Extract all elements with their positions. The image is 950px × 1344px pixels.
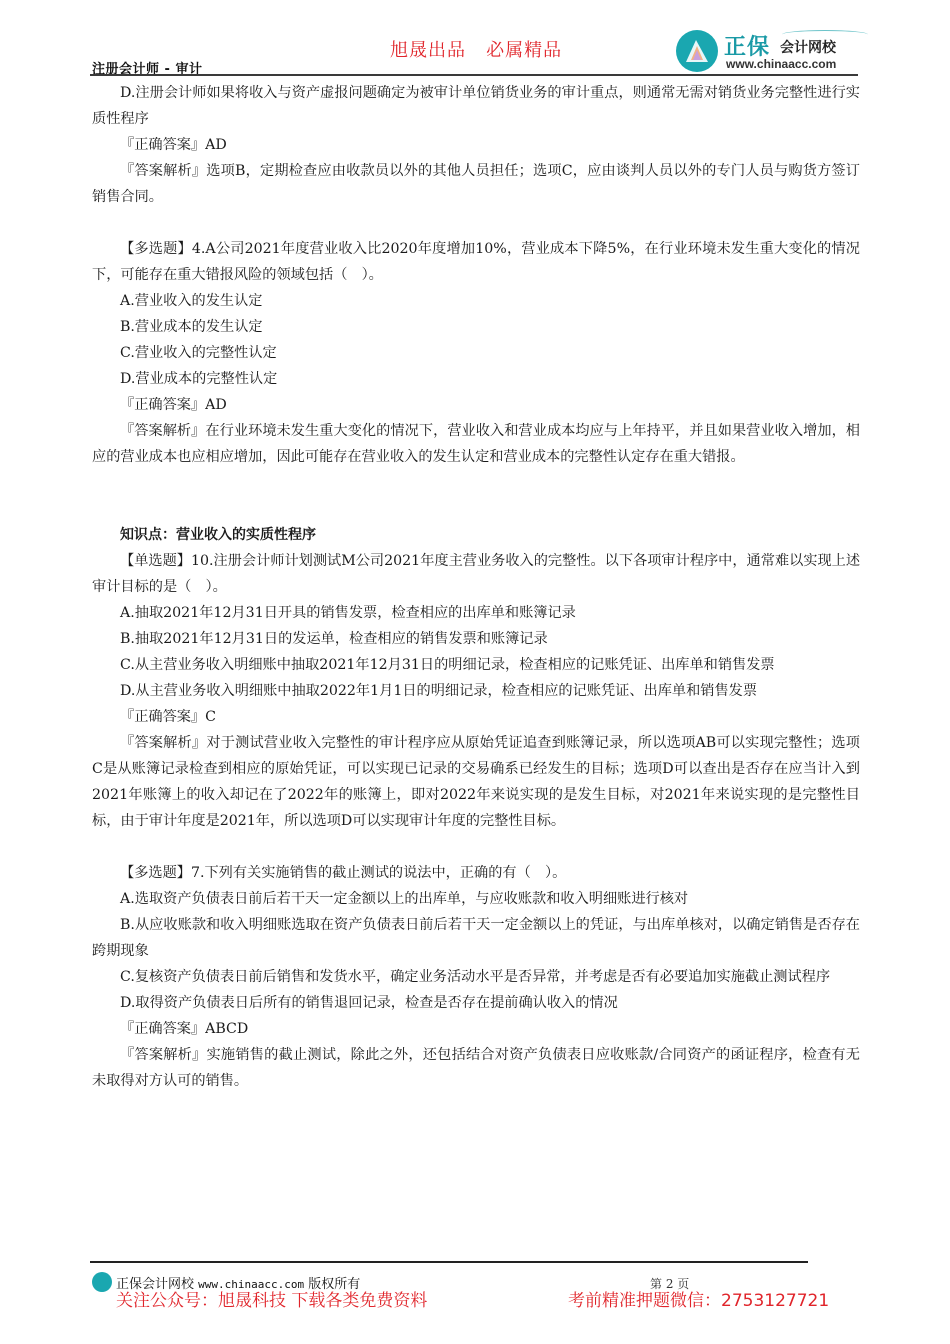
paragraph: A.营业收入的发生认定 (92, 288, 860, 314)
spacer (92, 470, 860, 522)
footer-promo-right: 考前精准押题微信：2753127721 (568, 1286, 829, 1311)
paragraph: 【多选题】7.下列有关实施销售的截止测试的说法中，正确的有（ ）。 (92, 860, 860, 886)
paragraph: 【多选题】4.A公司2021年度营业收入比2020年度增加10%，营业成本下降5… (92, 236, 860, 288)
paragraph: 【单选题】10.注册会计师计划测试M公司2021年度主营业务收入的完整性。以下各… (92, 548, 860, 600)
paragraph: D.营业成本的完整性认定 (92, 366, 860, 392)
paragraph: D.注册会计师如果将收入与资产虚报问题确定为被审计单位销货业务的审计重点，则通常… (92, 80, 860, 132)
paragraph: D.从主营业务收入明细账中抽取2022年1月1日的明细记录，检查相应的记账凭证、… (92, 678, 860, 704)
paragraph: 『答案解析』实施销售的截止测试，除此之外，还包括结合对资产负债表日应收账款/合同… (92, 1042, 860, 1094)
document-body: D.注册会计师如果将收入与资产虚报问题确定为被审计单位销货业务的审计重点，则通常… (92, 80, 860, 1094)
paragraph: 『答案解析』对于测试营业收入完整性的审计程序应从原始凭证追查到账簿记录，所以选项… (92, 730, 860, 834)
paragraph: A.抽取2021年12月31日开具的销售发票，检查相应的出库单和账簿记录 (92, 600, 860, 626)
paragraph: B.从应收账款和收入明细账选取在资产负债表日前后若干天一定金额以上的凭证，与出库… (92, 912, 860, 964)
chinaacc-logo: 正保 会计网校 www.chinaacc.com (676, 28, 876, 74)
paragraph: 『正确答案』ABCD (92, 1016, 860, 1042)
paragraph: A.选取资产负债表日前后若干天一定金额以上的出库单，与应收账款和收入明细账进行核… (92, 886, 860, 912)
header-divider (90, 74, 858, 76)
header-promo-text: 旭晟出品 必属精品 (390, 36, 562, 62)
paragraph: 『答案解析』选项B，定期检查应由收款员以外的其他人员担任；选项C，应由谈判人员以… (92, 158, 860, 210)
footer-divider (90, 1261, 808, 1263)
chinaacc-logo-icon (676, 30, 718, 72)
knowledge-point-heading: 知识点：营业收入的实质性程序 (92, 522, 860, 548)
paragraph: 『正确答案』AD (92, 132, 860, 158)
paragraph: D.取得资产负债表日后所有的销售退回记录，检查是否存在提前确认收入的情况 (92, 990, 860, 1016)
footer-promo-left: 关注公众号：旭晟科技 下载各类免费资料 (116, 1286, 427, 1311)
paragraph: C.从主营业务收入明细账中抽取2021年12月31日的明细记录，检查相应的记账凭… (92, 652, 860, 678)
paragraph: 『正确答案』C (92, 704, 860, 730)
spacer (92, 834, 860, 860)
paragraph: C.营业收入的完整性认定 (92, 340, 860, 366)
chinaacc-footer-logo-icon (92, 1272, 112, 1292)
paragraph: 『答案解析』在行业环境未发生重大变化的情况下，营业收入和营业成本均应与上年持平，… (92, 418, 860, 470)
logo-subtitle: 会计网校 (780, 37, 836, 57)
logo-url: www.chinaacc.com (726, 57, 836, 71)
paragraph: C.复核资产负债表日前后销售和发货水平，确定业务活动水平是否异常，并考虑是否有必… (92, 964, 860, 990)
paragraph: 『正确答案』AD (92, 392, 860, 418)
paragraph: B.抽取2021年12月31日的发运单，检查相应的销售发票和账簿记录 (92, 626, 860, 652)
spacer (92, 210, 860, 236)
paragraph: B.营业成本的发生认定 (92, 314, 860, 340)
